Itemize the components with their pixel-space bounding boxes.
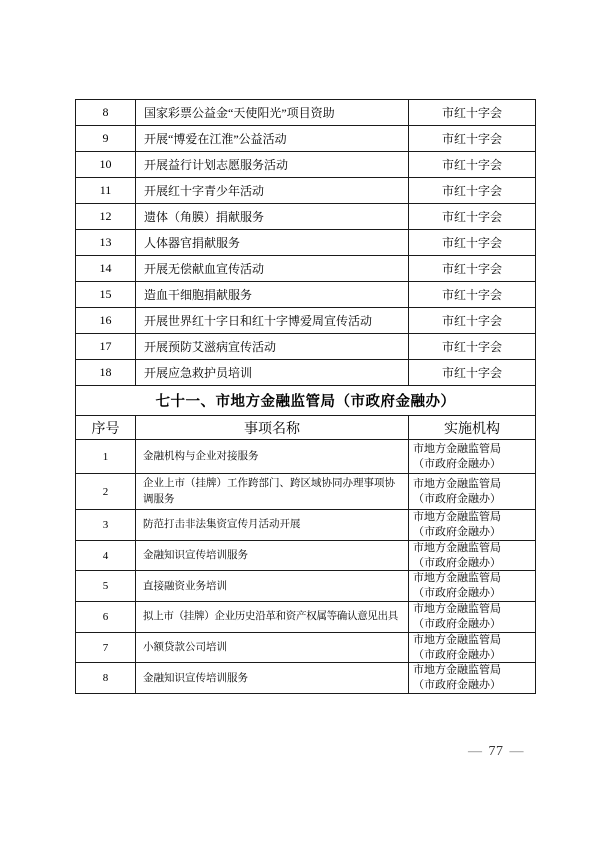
table-row: 10 开展益行计划志愿服务活动 市红十字会 [76,152,536,178]
agency-line-2: （市政府金融办） [413,678,535,693]
agency-line-1: 市地方金融监管局 [413,477,535,492]
row-number-cell: 9 [76,126,136,152]
row-number-cell: 2 [76,474,136,510]
table-row: 6 拟上市（挂牌）企业历史沿革和资产权属等确认意见出具 市地方金融监管局 （市政… [76,602,536,633]
row-number-cell: 1 [76,440,136,474]
agency-line-2: （市政府金融办） [413,648,535,663]
row-number-cell: 4 [76,540,136,571]
table-row: 16 开展世界红十字日和红十字博爱周宣传活动 市红十字会 [76,308,536,334]
section-title-row: 七十一、市地方金融监管局（市政府金融办） [76,386,536,416]
table-header-row: 序号 事项名称 实施机构 [76,416,536,440]
agency-cell: 市地方金融监管局 （市政府金融办） [409,474,536,510]
row-number-cell: 16 [76,308,136,334]
agency-cell: 市红十字会 [409,334,536,360]
item-name-cell: 开展益行计划志愿服务活动 [136,152,409,178]
agency-cell: 市红十字会 [409,360,536,386]
service-items-table: 8 国家彩票公益金“天使阳光”项目资助 市红十字会 9 开展“博爱在江淮”公益活… [75,99,536,694]
row-number-cell: 11 [76,178,136,204]
row-number-cell: 8 [76,663,136,694]
agency-line-1: 市地方金融监管局 [413,633,535,648]
page-number-dash-left: — [462,744,489,759]
agency-cell: 市地方金融监管局 （市政府金融办） [409,632,536,663]
item-name-cell: 开展世界红十字日和红十字博爱周宣传活动 [136,308,409,334]
item-name-cell: 小额贷款公司培训 [136,632,409,663]
item-name-cell: 开展无偿献血宣传活动 [136,256,409,282]
item-name-cell: 开展预防艾滋病宣传活动 [136,334,409,360]
table-row: 17 开展预防艾滋病宣传活动 市红十字会 [76,334,536,360]
item-name-cell: 开展“博爱在江淮”公益活动 [136,126,409,152]
row-number-cell: 10 [76,152,136,178]
agency-cell: 市地方金融监管局 （市政府金融办） [409,602,536,633]
table-row: 3 防范打击非法集资宣传月活动开展 市地方金融监管局 （市政府金融办） [76,510,536,541]
table-row: 12 遗体（角膜）捐献服务 市红十字会 [76,204,536,230]
table-row: 4 金融知识宣传培训服务 市地方金融监管局 （市政府金融办） [76,540,536,571]
agency-line-1: 市地方金融监管局 [413,663,535,678]
page-number: —77— [462,744,530,760]
table-row: 2 企业上市（挂牌）工作跨部门、跨区域协同办理事项协调服务 市地方金融监管局 （… [76,474,536,510]
row-number-cell: 13 [76,230,136,256]
item-name-cell: 金融知识宣传培训服务 [136,663,409,694]
row-number-cell: 15 [76,282,136,308]
agency-line-1: 市地方金融监管局 [413,442,535,457]
table-row: 13 人体器官捐献服务 市红十字会 [76,230,536,256]
agency-cell: 市地方金融监管局 （市政府金融办） [409,510,536,541]
table-row: 7 小额贷款公司培训 市地方金融监管局 （市政府金融办） [76,632,536,663]
agency-line-2: （市政府金融办） [413,457,535,472]
item-name-cell: 金融知识宣传培训服务 [136,540,409,571]
item-name-cell: 开展红十字青少年活动 [136,178,409,204]
table-row: 11 开展红十字青少年活动 市红十字会 [76,178,536,204]
document-page: 8 国家彩票公益金“天使阳光”项目资助 市红十字会 9 开展“博爱在江淮”公益活… [0,0,600,848]
item-name-cell: 拟上市（挂牌）企业历史沿革和资产权属等确认意见出具 [136,602,409,633]
item-name-cell: 防范打击非法集资宣传月活动开展 [136,510,409,541]
row-number-cell: 12 [76,204,136,230]
agency-line-2: （市政府金融办） [413,492,535,507]
item-name-cell: 国家彩票公益金“天使阳光”项目资助 [136,100,409,126]
item-name-cell: 人体器官捐献服务 [136,230,409,256]
agency-cell: 市红十字会 [409,230,536,256]
table-row: 8 国家彩票公益金“天使阳光”项目资助 市红十字会 [76,100,536,126]
table-row: 1 金融机构与企业对接服务 市地方金融监管局 （市政府金融办） [76,440,536,474]
row-number-cell: 7 [76,632,136,663]
page-number-value: 77 [489,744,504,759]
agency-cell: 市地方金融监管局 （市政府金融办） [409,571,536,602]
header-agency: 实施机构 [409,416,536,440]
item-name-cell: 造血干细胞捐献服务 [136,282,409,308]
agency-cell: 市红十字会 [409,126,536,152]
agency-line-1: 市地方金融监管局 [413,571,535,586]
item-name-cell: 遗体（角膜）捐献服务 [136,204,409,230]
header-item-name: 事项名称 [136,416,409,440]
row-number-cell: 5 [76,571,136,602]
agency-cell: 市红十字会 [409,100,536,126]
item-name-cell: 开展应急救护员培训 [136,360,409,386]
agency-cell: 市红十字会 [409,204,536,230]
agency-line-2: （市政府金融办） [413,617,535,632]
agency-cell: 市地方金融监管局 （市政府金融办） [409,663,536,694]
row-number-cell: 14 [76,256,136,282]
page-number-dash-right: — [504,744,531,759]
item-name-cell: 直接融资业务培训 [136,571,409,602]
agency-cell: 市红十字会 [409,282,536,308]
agency-cell: 市红十字会 [409,256,536,282]
agency-cell: 市红十字会 [409,308,536,334]
agency-cell: 市红十字会 [409,178,536,204]
item-name-cell: 企业上市（挂牌）工作跨部门、跨区域协同办理事项协调服务 [136,474,409,510]
agency-line-1: 市地方金融监管局 [413,602,535,617]
table-row: 8 金融知识宣传培训服务 市地方金融监管局 （市政府金融办） [76,663,536,694]
row-number-cell: 18 [76,360,136,386]
table-row: 5 直接融资业务培训 市地方金融监管局 （市政府金融办） [76,571,536,602]
row-number-cell: 17 [76,334,136,360]
table-row: 9 开展“博爱在江淮”公益活动 市红十字会 [76,126,536,152]
table-row: 15 造血干细胞捐献服务 市红十字会 [76,282,536,308]
agency-line-2: （市政府金融办） [413,586,535,601]
agency-line-2: （市政府金融办） [413,556,535,571]
table-row: 14 开展无偿献血宣传活动 市红十字会 [76,256,536,282]
header-no: 序号 [76,416,136,440]
row-number-cell: 6 [76,602,136,633]
agency-line-1: 市地方金融监管局 [413,541,535,556]
agency-cell: 市地方金融监管局 （市政府金融办） [409,440,536,474]
agency-cell: 市红十字会 [409,152,536,178]
row-number-cell: 8 [76,100,136,126]
row-number-cell: 3 [76,510,136,541]
section-title: 七十一、市地方金融监管局（市政府金融办） [76,386,536,416]
agency-cell: 市地方金融监管局 （市政府金融办） [409,540,536,571]
agency-line-2: （市政府金融办） [413,525,535,540]
agency-line-1: 市地方金融监管局 [413,510,535,525]
table-row: 18 开展应急救护员培训 市红十字会 [76,360,536,386]
item-name-cell: 金融机构与企业对接服务 [136,440,409,474]
